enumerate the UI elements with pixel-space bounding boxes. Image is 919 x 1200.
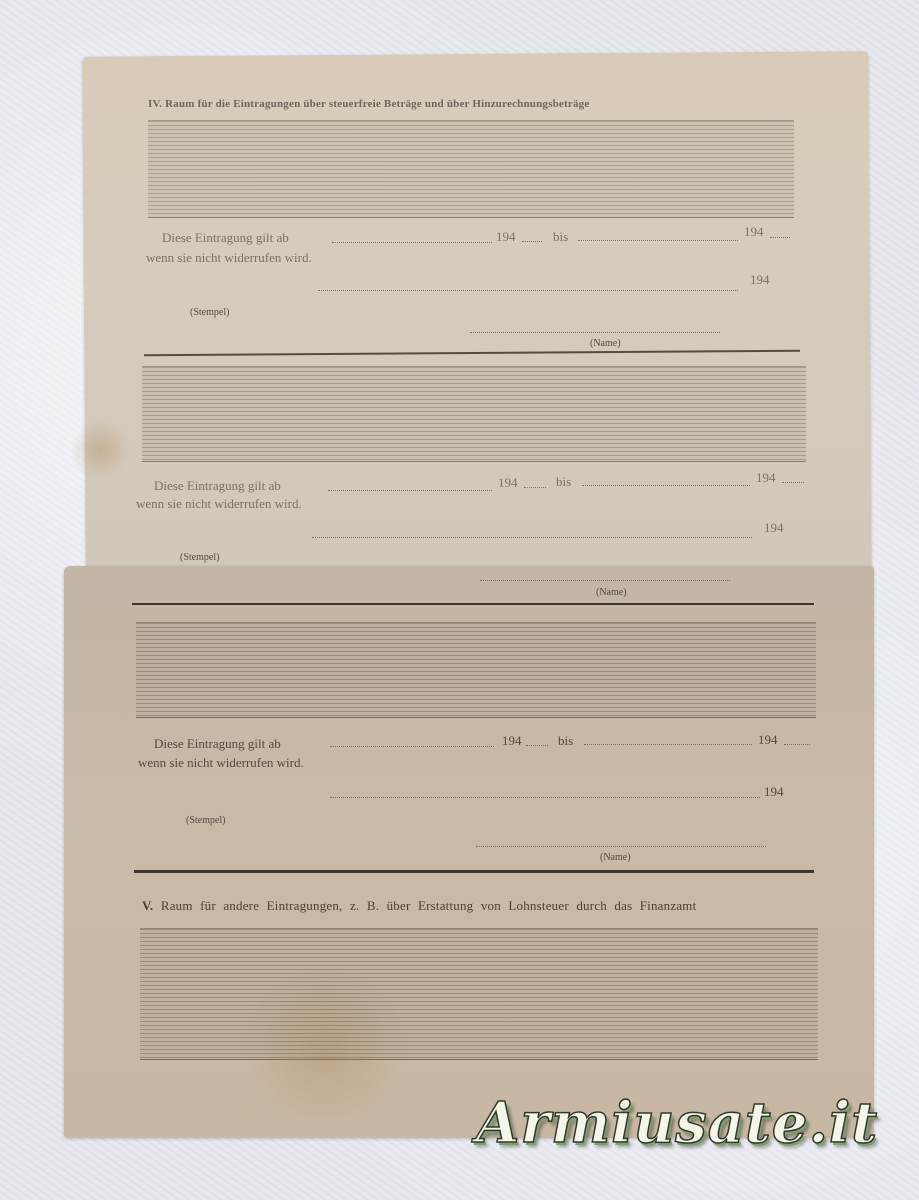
valid-from-label: Diese Eintragung gilt ab <box>162 230 289 246</box>
revocation-note: wenn sie nicht widerrufen wird. <box>138 755 304 771</box>
ruled-entry-area <box>148 120 794 218</box>
ruled-entry-area <box>142 366 806 462</box>
year-prefix-from: 194 <box>498 475 518 491</box>
valid-from-field[interactable] <box>328 490 492 491</box>
section-divider <box>132 603 814 605</box>
valid-from-label: Diese Eintragung gilt ab <box>154 478 281 494</box>
revocation-note: wenn sie nicht widerrufen wird. <box>136 496 302 512</box>
until-label: bis <box>558 733 573 749</box>
year-prefix-from: 194 <box>502 733 522 749</box>
year-prefix-from: 194 <box>496 229 516 245</box>
valid-until-field[interactable] <box>582 485 750 486</box>
section-v-heading: V. Raum für andere Eintragungen, z. B. ü… <box>142 898 696 914</box>
year-prefix-until: 194 <box>756 470 776 486</box>
stain <box>70 420 130 480</box>
valid-from-label: Diese Eintragung gilt ab <box>154 736 281 752</box>
valid-from-field[interactable] <box>330 746 494 747</box>
revocation-note: wenn sie nicht widerrufen wird. <box>146 250 312 266</box>
year-suffix-until-field[interactable] <box>784 744 810 745</box>
valid-until-field[interactable] <box>584 744 752 745</box>
section-divider <box>134 870 814 873</box>
signature-field[interactable] <box>470 332 720 333</box>
place-date-field[interactable] <box>330 797 760 798</box>
date-year-prefix: 194 <box>764 784 784 800</box>
year-suffix-until-field[interactable] <box>782 482 804 483</box>
section-iv-heading: IV. Raum für die Eintragungen über steue… <box>148 98 589 110</box>
section-v-roman: V. <box>142 898 153 913</box>
until-label: bis <box>553 229 568 245</box>
stamp-label: (Stempel) <box>186 815 225 826</box>
ruled-entry-area <box>136 622 816 718</box>
section-v-text: Raum für andere Eintragungen, z. B. über… <box>161 898 697 913</box>
place-date-field[interactable] <box>312 537 752 538</box>
signature-field[interactable] <box>476 846 766 847</box>
ruled-other-entries-area <box>140 928 818 1060</box>
year-suffix-from-field[interactable] <box>524 487 546 488</box>
watermark-logo: Armiusate.it <box>476 1090 878 1156</box>
year-suffix-from-field[interactable] <box>522 241 542 242</box>
name-label: (Name) <box>596 587 627 598</box>
year-suffix-until-field[interactable] <box>770 237 790 238</box>
valid-from-field[interactable] <box>332 242 492 243</box>
year-prefix-until: 194 <box>744 224 764 240</box>
year-suffix-from-field[interactable] <box>526 745 548 746</box>
name-label: (Name) <box>590 338 621 349</box>
stamp-label: (Stempel) <box>180 552 219 563</box>
name-label: (Name) <box>600 852 631 863</box>
until-label: bis <box>556 474 571 490</box>
year-prefix-until: 194 <box>758 732 778 748</box>
place-date-field[interactable] <box>318 290 738 291</box>
date-year-prefix: 194 <box>764 520 784 536</box>
date-year-prefix: 194 <box>750 272 770 288</box>
valid-until-field[interactable] <box>578 240 738 241</box>
stamp-label: (Stempel) <box>190 307 229 318</box>
signature-field[interactable] <box>480 580 730 581</box>
